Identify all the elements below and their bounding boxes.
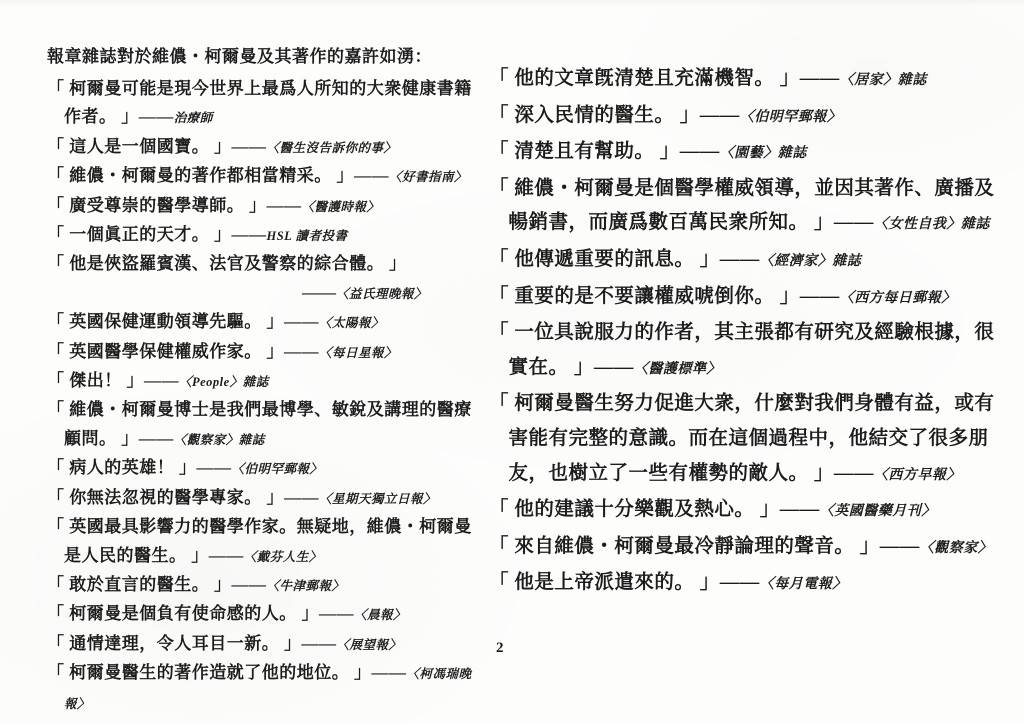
quote: 「 英國保健運動領導先驅。 」——〈太陽報〉 xyxy=(47,308,485,337)
quote-source: 治療師 xyxy=(174,111,213,125)
quote: 「 你無法忽視的醫學專家。 」——〈星期天獨立日報〉 xyxy=(47,484,485,513)
quote-source: 〈每日星報〉 xyxy=(319,346,397,360)
quote-text: 「 來自維儂・柯爾曼最冷靜論理的聲音。 」—— xyxy=(489,536,920,557)
quote: 「 來自維儂・柯爾曼最冷靜論理的聲音。 」——〈觀察家〉 xyxy=(489,530,1003,567)
quote-source: 〈英國醫藥月刊〉 xyxy=(820,504,936,519)
quote: 「 他傳遞重要的訊息。 」——〈經濟家〉雜誌 xyxy=(489,243,1003,280)
quote-source: 〈醫護標準〉 xyxy=(634,362,721,377)
quote-source: 〈居家〉雜誌 xyxy=(840,73,927,88)
quote: 「 維儂・柯爾曼是個醫學權威領導，並因其著作、廣播及暢銷書，而廣爲數百萬民衆所知… xyxy=(489,172,1003,243)
quote-text: 「 病人的英雄！ 」—— xyxy=(47,458,232,477)
quote: 「 深入民情的醫生。 」——〈伯明罕郵報〉 xyxy=(489,99,1003,136)
quote-text: 「 維儂・柯爾曼的著作都相當精采。 」—— xyxy=(47,166,389,185)
quote: 「 柯爾曼可能是現今世界上最爲人所知的大衆健康書籍作者。 」——治療師 xyxy=(47,75,485,133)
quote-text: 「 他的文章旣清楚且充滿機智。 」—— xyxy=(489,68,840,89)
quote-text: 「 這人是一個國寶。 」—— xyxy=(47,137,267,156)
right-column: 「 他的文章旣清楚且充滿機智。 」——〈居家〉雜誌 「 深入民情的醫生。 」——… xyxy=(489,62,1003,603)
quote-source: 〈醫護時報〉 xyxy=(302,200,380,214)
quote: 「 廣受尊崇的醫學導師。 」——〈醫護時報〉 xyxy=(47,192,485,221)
scanned-book-page: 報章雜誌對於維儂・柯爾曼及其著作的嘉許如湧： 「 柯爾曼可能是現今世界上最爲人所… xyxy=(0,0,1024,724)
quote-source: 〈晨報〉 xyxy=(354,608,406,622)
quote: 「 柯爾曼醫生的著作造就了他的地位。 」——〈柯馮瑞晚報〉 xyxy=(47,659,485,718)
quote-source: 〈牛津郵報〉 xyxy=(267,579,345,593)
quote-source: 〈戴芬人生〉 xyxy=(244,550,322,564)
quote-source: 〈經濟家〉雜誌 xyxy=(760,254,862,269)
quote-text: 「 清楚且有幫助。 」—— xyxy=(489,141,720,162)
quote: 「 柯爾曼醫生努力促進大衆，什麼對我們身體有益，或有害能有完整的意識。而在這個過… xyxy=(489,387,1003,493)
quote-source: 〈伯明罕郵報〉 xyxy=(232,462,323,476)
quote: 「 他的建議十分樂觀及熱心。 」——〈英國醫藥月刊〉 xyxy=(489,493,1003,530)
quote-source: 〈益氏理晚報〉 xyxy=(336,287,427,301)
quote-text: 「 他是上帝派遣來的。 」—— xyxy=(489,572,760,593)
quote: 「 一位具說服力的作者，其主張都有研究及經驗根據，很實在。 」——〈醫護標準〉 xyxy=(489,316,1003,387)
quote-text: 「 一位具說服力的作者，其主張都有研究及經驗根據，很實在。 」—— xyxy=(489,322,994,378)
quote-source: 〈醫生沒告訴你的事〉 xyxy=(267,141,397,155)
quote-text: 「 柯爾曼是個負有使命感的人。 」—— xyxy=(47,604,354,623)
quote: 「 英國醫學保健權威作家。 」——〈每日星報〉 xyxy=(47,338,485,367)
quote-attribution-line: ——〈益氏理晚報〉 xyxy=(47,279,485,308)
quote-source: 〈每月電報〉 xyxy=(760,577,847,592)
quote-text: 「 柯爾曼可能是現今世界上最爲人所知的大衆健康書籍作者。 」—— xyxy=(47,79,472,126)
quote: 「 重要的是不要讓權威唬倒你。 」——〈西方每日郵報〉 xyxy=(489,280,1003,317)
quote: 「 一個眞正的天才。 」——HSL 讀者投書 xyxy=(47,221,485,250)
quote-source: 〈女性自我〉雜誌 xyxy=(874,217,990,232)
quote: 「 英國最具影響力的醫學作家。無疑地，維儂・柯爾曼是人民的醫生。 」——〈戴芬人… xyxy=(47,513,485,571)
quote-source: 〈西方早報〉 xyxy=(874,468,961,483)
quote-text: 「 英國保健運動領導先驅。 」—— xyxy=(47,312,319,331)
quote-text: 「 重要的是不要讓權威唬倒你。 」—— xyxy=(489,286,840,307)
quote-text: 「 深入民情的醫生。 」—— xyxy=(489,105,740,126)
quote: 「 通情達理，令人耳目一新。 」——〈展望報〉 xyxy=(47,630,485,659)
quote-source: 〈伯明罕郵報〉 xyxy=(740,110,842,125)
quote-text: 「 他的建議十分樂觀及熱心。 」—— xyxy=(489,499,820,520)
quote-source: 〈展望報〉 xyxy=(337,638,402,652)
quote-text: 「 柯爾曼醫生的著作造就了他的地位。 」—— xyxy=(47,663,407,682)
attribution-dash: —— xyxy=(302,283,336,302)
quote-text: 「 他傳遞重要的訊息。 」—— xyxy=(489,249,760,270)
quote: 「 他的文章旣清楚且充滿機智。 」——〈居家〉雜誌 xyxy=(489,62,1003,99)
quote: 「 這人是一個國寶。 」——〈醫生沒告訴你的事〉 xyxy=(47,133,485,162)
page-number: 2 xyxy=(496,640,504,657)
quote: 「 他是俠盜羅賓漢、法官及警察的綜合體。 」 xyxy=(47,250,485,278)
quote-source: 〈People〉雜誌 xyxy=(179,375,269,389)
quote-text: 「 你無法忽視的醫學專家。 」—— xyxy=(47,488,319,507)
quote-text: 「 傑出！ 」—— xyxy=(47,371,179,390)
quote-source: 〈好書指南〉 xyxy=(389,170,467,184)
quote-text: 「 廣受尊崇的醫學導師。 」—— xyxy=(47,196,302,215)
quote: 「 柯爾曼是個負有使命感的人。 」——〈晨報〉 xyxy=(47,600,485,629)
quote-source: 〈園藝〉雜誌 xyxy=(720,146,807,161)
quote: 「 他是上帝派遣來的。 」——〈每月電報〉 xyxy=(489,566,1003,603)
page-header: 報章雜誌對於維儂・柯爾曼及其著作的嘉許如湧： xyxy=(47,44,485,70)
quote: 「 傑出！ 」——〈People〉雜誌 xyxy=(47,367,485,396)
quote-source: 〈星期天獨立日報〉 xyxy=(319,492,436,506)
quote: 「 敢於直言的醫生。 」——〈牛津郵報〉 xyxy=(47,571,485,600)
quote-source: 〈西方每日郵報〉 xyxy=(840,291,956,306)
quote-source: 〈觀察家〉 xyxy=(920,541,993,556)
quote-text: 「 英國醫學保健權威作家。 」—— xyxy=(47,342,319,361)
quote: 「 維儂・柯爾曼的著作都相當精采。 」——〈好書指南〉 xyxy=(47,162,485,191)
quote-text: 「 一個眞正的天才。 」—— xyxy=(47,225,267,244)
left-column: 報章雜誌對於維儂・柯爾曼及其著作的嘉許如湧： 「 柯爾曼可能是現今世界上最爲人所… xyxy=(47,44,485,718)
quote-text: 「 敢於直言的醫生。 」—— xyxy=(47,575,267,594)
quote-text: 「 通情達理，令人耳目一新。 」—— xyxy=(47,634,337,653)
quote-source: 〈觀察家〉雜誌 xyxy=(174,433,265,447)
quote: 「 維儂・柯爾曼博士是我們最博學、敏銳及講理的醫療顧問。 」——〈觀察家〉雜誌 xyxy=(47,396,485,454)
quote-source: 〈太陽報〉 xyxy=(319,316,384,330)
quote-source: HSL 讀者投書 xyxy=(267,229,348,243)
quote: 「 清楚且有幫助。 」——〈園藝〉雜誌 xyxy=(489,135,1003,172)
quote-text: 「 他是俠盜羅賓漢、法官及警察的綜合體。 」 xyxy=(47,254,407,273)
quote: 「 病人的英雄！ 」——〈伯明罕郵報〉 xyxy=(47,454,485,483)
